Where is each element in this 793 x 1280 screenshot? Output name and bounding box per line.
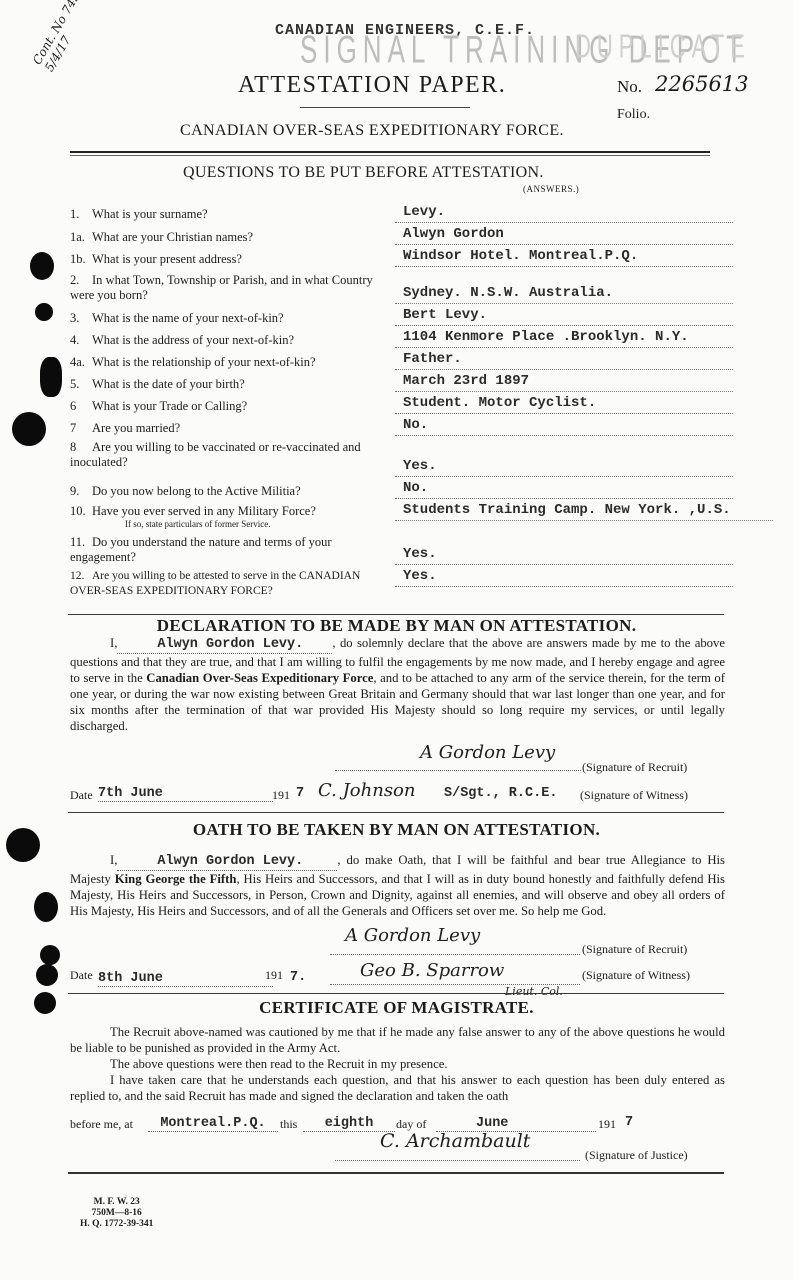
regimental-number: 2265613 <box>655 72 749 96</box>
number-label: No. <box>617 77 642 97</box>
witness-signature-label: (Signature of Witness) <box>580 788 688 803</box>
answer-active-militia: No. <box>395 480 733 499</box>
divider <box>68 1172 724 1174</box>
punch-hole <box>40 945 60 965</box>
recruit-signature-oath: A Gordon Levy <box>345 925 480 946</box>
answer-vaccinated: Yes. <box>395 458 733 477</box>
question-1b: 1b.What is your present address? <box>70 252 390 267</box>
oath-title: OATH TO BE TAKEN BY MAN ON ATTESTATION. <box>0 820 793 840</box>
punch-hole <box>34 892 58 922</box>
declaration-name: Alwyn Gordon Levy. <box>117 637 332 654</box>
recruit-signature-label: (Signature of Recruit) <box>582 760 687 775</box>
margin-note: Cont. No 7491 5/4/17 <box>30 0 99 74</box>
form-code-line-2: 750M—8-16 <box>80 1208 153 1219</box>
question-2: 2.In what Town, Township or Parish, and … <box>70 273 390 303</box>
oath-year-prefix: 191 <box>265 968 283 983</box>
form-code-line-3: H. Q. 1772-39-341 <box>80 1219 153 1230</box>
divider <box>68 812 724 813</box>
witness-rank-declaration: S/Sgt., R.C.E. <box>444 786 557 801</box>
this-label: this <box>280 1117 297 1132</box>
recruit-signature-dots <box>330 954 580 955</box>
question-3: 3.What is the name of your next-of-kin? <box>70 311 390 326</box>
certificate-para-3: I have taken care that he understands ea… <box>70 1072 725 1104</box>
stamp-duplicate: DUPLICATE <box>575 28 751 67</box>
answer-surname: Levy. <box>395 204 733 223</box>
witness-signature-declaration: C. Johnson <box>318 780 415 801</box>
answer-understand-terms: Yes. <box>395 546 733 565</box>
question-4: 4.What is the address of your next-of-ki… <box>70 333 390 348</box>
question-4a: 4a.What is the relationship of your next… <box>70 355 390 370</box>
punch-hole <box>12 412 46 446</box>
certificate-title: CERTIFICATE OF MAGISTRATE. <box>0 998 793 1018</box>
question-1a: 1a.What are your Christian names? <box>70 230 390 245</box>
question-6: 6What is your Trade or Calling? <box>70 399 390 414</box>
declaration-date-label: Date <box>70 788 93 803</box>
question-9: 9.Do you now belong to the Active Militi… <box>70 484 390 499</box>
certificate-year-suffix: 7 <box>625 1115 633 1130</box>
recruit-signature-dots <box>335 770 581 771</box>
punch-hole <box>40 357 62 397</box>
punch-hole <box>30 252 54 280</box>
divider <box>70 151 710 156</box>
justice-signature-dots <box>335 1160 580 1161</box>
oath-name: Alwyn Gordon Levy. <box>117 854 337 871</box>
answer-birthplace: Sydney. N.S.W. Australia. <box>395 285 733 304</box>
divider <box>68 993 724 994</box>
answer-military-service: Students Training Camp. New York. ,U.S. <box>395 502 773 521</box>
form-code-line-1: M. F. W. 23 <box>80 1197 153 1208</box>
justice-signature-label: (Signature of Justice) <box>585 1148 688 1163</box>
witness-signature-oath: Geo B. Sparrow <box>360 960 504 981</box>
question-1: 1.What is your surname? <box>70 207 390 222</box>
certificate-year-prefix: 191 <box>598 1117 616 1132</box>
declaration-year-suffix: 7 <box>296 786 304 801</box>
certificate-para-2: The above questions were then read to th… <box>70 1056 725 1072</box>
divider <box>68 614 724 615</box>
question-7: 7Are you married? <box>70 421 390 436</box>
oath-text: I,Alwyn Gordon Levy., do make Oath, that… <box>70 852 725 919</box>
oath-year-suffix: 7. <box>290 970 306 985</box>
form-code: M. F. W. 23 750M—8-16 H. Q. 1772-39-341 <box>80 1197 153 1230</box>
answers-label: (ANSWERS.) <box>523 184 579 194</box>
answer-relationship: Father. <box>395 351 733 370</box>
oath-date: 8th June <box>98 971 273 987</box>
declaration-year-prefix: 191 <box>272 788 290 803</box>
answer-next-of-kin: Bert Levy. <box>395 307 733 326</box>
answer-next-of-kin-address: 1104 Kenmore Place .Brooklyn. N.Y. <box>395 329 733 348</box>
before-me-label: before me, at <box>70 1117 133 1132</box>
declaration-date: 7th June <box>98 786 273 802</box>
witness-rank-oath: Lieut. Col. <box>505 985 563 998</box>
questions-title: QUESTIONS TO BE PUT BEFORE ATTESTATION. <box>183 164 544 182</box>
answer-present-address: Windsor Hotel. Montreal.P.Q. <box>395 248 733 267</box>
recruit-signature-label: (Signature of Recruit) <box>582 942 687 957</box>
answer-married: No. <box>395 417 733 436</box>
declaration-title: DECLARATION TO BE MADE BY MAN ON ATTESTA… <box>0 616 793 636</box>
certificate-para-1: The Recruit above-named was cautioned by… <box>70 1024 725 1056</box>
answer-trade: Student. Motor Cyclist. <box>395 395 733 414</box>
question-5: 5.What is the date of your birth? <box>70 377 390 392</box>
question-10: 10.Have you ever served in any Military … <box>70 504 390 529</box>
punch-hole <box>36 964 58 986</box>
title-rule <box>300 107 470 108</box>
oath-date-label: Date <box>70 968 93 983</box>
answer-willing-attest: Yes. <box>395 568 733 587</box>
declaration-text: I,Alwyn Gordon Levy., do solemnly declar… <box>70 635 725 734</box>
folio-label: Folio. <box>617 107 650 123</box>
question-11: 11.Do you understand the nature and term… <box>70 535 390 565</box>
subtitle: CANADIAN OVER-SEAS EXPEDITIONARY FORCE. <box>180 122 564 140</box>
punch-hole <box>35 303 53 321</box>
answer-christian-names: Alwyn Gordon <box>395 226 733 245</box>
page-title: ATTESTATION PAPER. <box>238 72 506 99</box>
answer-birth-date: March 23rd 1897 <box>395 373 733 392</box>
recruit-signature-declaration: A Gordon Levy <box>420 742 555 763</box>
question-12: 12.Are you willing to be attested to ser… <box>70 569 390 599</box>
question-10-note: If so, state particulars of former Servi… <box>70 519 390 529</box>
witness-signature-label: (Signature of Witness) <box>582 968 690 983</box>
certificate-place: Montreal.P.Q. <box>148 1116 278 1132</box>
question-8: 8Are you willing to be vaccinated or re-… <box>70 440 390 470</box>
justice-signature: C. Archambault <box>380 1130 530 1152</box>
